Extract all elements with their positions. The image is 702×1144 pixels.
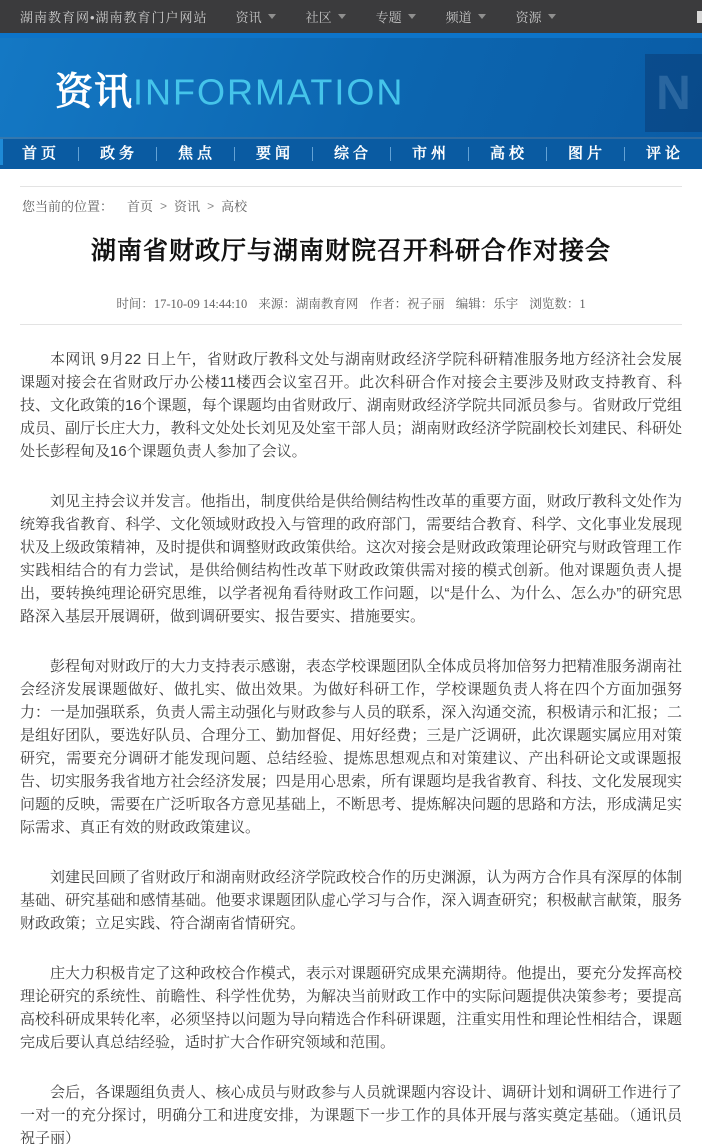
topbar-menu-item[interactable]: 资讯	[236, 7, 276, 26]
article-title: 湖南省财政厅与湖南财院召开科研合作对接会	[20, 231, 682, 267]
banner-watermark: N	[645, 54, 702, 132]
article-body: 本网讯 9月22 日上午，省财政厅教科文处与湖南财政经济学院科研精准服务地方经济…	[20, 348, 682, 1144]
nav-item[interactable]: 图片	[546, 139, 624, 169]
article-meta-item: 时间：17-10-09 14:44:10	[116, 297, 247, 311]
site-title-link[interactable]: 湖南教育网•湖南教育门户网站	[20, 7, 208, 26]
chevron-down-icon	[548, 14, 556, 19]
breadcrumb-link[interactable]: 高校	[221, 196, 247, 215]
chevron-down-icon	[338, 14, 346, 19]
top-utility-bar: 湖南教育网•湖南教育门户网站 资讯 社区 专题 频道 资源	[0, 0, 702, 33]
page-content: 您当前的位置： 首页 > 资讯 > 高校 湖南省财政厅与湖南财院召开科研合作对接…	[0, 186, 702, 1144]
topbar-menu-item[interactable]: 社区	[306, 7, 346, 26]
banner-title-en: INFORMATION	[133, 71, 404, 113]
breadcrumb-prefix: 您当前的位置：	[22, 196, 113, 215]
nav-item[interactable]: 要闻	[234, 139, 312, 169]
topbar-menu-item[interactable]: 资源	[516, 7, 556, 26]
topbar-edge-fragment	[697, 11, 702, 23]
breadcrumb-separator: >	[160, 199, 167, 213]
breadcrumb-item: 首页	[113, 196, 153, 215]
article-meta: 时间：17-10-09 14:44:10 来源：湖南教育网 作者：祝子丽 编辑：…	[20, 294, 682, 312]
nav-item[interactable]: 政务	[78, 139, 156, 169]
banner-title-cn: 资讯	[55, 60, 133, 115]
article-meta-item: 来源：湖南教育网	[258, 297, 358, 311]
chevron-down-icon	[268, 14, 276, 19]
nav-item[interactable]: 市州	[390, 139, 468, 169]
nav-item[interactable]: 评论	[624, 139, 702, 169]
article-paragraph: 本网讯 9月22 日上午，省财政厅教科文处与湖南财政经济学院科研精准服务地方经济…	[20, 348, 682, 463]
article-meta-item: 浏览数：1	[529, 297, 585, 311]
topbar-menu-item[interactable]: 专题	[376, 7, 416, 26]
topbar-menu-item[interactable]: 频道	[446, 7, 486, 26]
section-navbar: 首页 政务 焦点 要闻 综合 市州 高校 图片 评论	[0, 139, 702, 169]
divider	[20, 324, 682, 325]
breadcrumb-separator: >	[207, 199, 214, 213]
topbar-menu-label: 资源	[516, 7, 542, 26]
nav-item[interactable]: 高校	[468, 139, 546, 169]
channel-banner: 资讯INFORMATION N	[0, 38, 702, 139]
article-paragraph: 刘建民回顾了省财政厅和湖南财政经济学院政校合作的历史渊源，认为两方合作具有深厚的…	[20, 866, 682, 935]
article-paragraph: 庄大力积极肯定了这种政校合作模式，表示对课题研究成果充满期待。他提出，要充分发挥…	[20, 962, 682, 1054]
nav-item[interactable]: 首页	[0, 139, 78, 169]
nav-item[interactable]: 综合	[312, 139, 390, 169]
chevron-down-icon	[408, 14, 416, 19]
article-paragraph: 会后，各课题组负责人、核心成员与财政参与人员就课题内容设计、调研计划和调研工作进…	[20, 1081, 682, 1144]
topbar-menu-label: 资讯	[236, 7, 262, 26]
breadcrumb: 您当前的位置： 首页 > 资讯 > 高校	[20, 187, 682, 215]
breadcrumb-item: > 高校	[200, 196, 247, 215]
breadcrumb-link[interactable]: 首页	[127, 196, 153, 215]
breadcrumb-item: > 资讯	[153, 196, 200, 215]
nav-item[interactable]: 焦点	[156, 139, 234, 169]
article-paragraph: 彭程甸对财政厅的大力支持表示感谢，表态学校课题团队全体成员将加倍努力把精准服务湖…	[20, 655, 682, 839]
article-meta-item: 作者：祝子丽	[370, 297, 445, 311]
topbar-menus: 资讯 社区 专题 频道 资源	[236, 7, 586, 26]
chevron-down-icon	[478, 14, 486, 19]
topbar-menu-label: 频道	[446, 7, 472, 26]
article-meta-item: 编辑：乐宇	[456, 297, 519, 311]
article-paragraph: 刘见主持会议并发言。他指出，制度供给是供给侧结构性改革的重要方面，财政厅教科文处…	[20, 490, 682, 628]
topbar-menu-label: 专题	[376, 7, 402, 26]
breadcrumb-link[interactable]: 资讯	[174, 196, 200, 215]
navbar-items: 首页 政务 焦点 要闻 综合 市州 高校 图片 评论	[0, 139, 702, 169]
topbar-menu-label: 社区	[306, 7, 332, 26]
